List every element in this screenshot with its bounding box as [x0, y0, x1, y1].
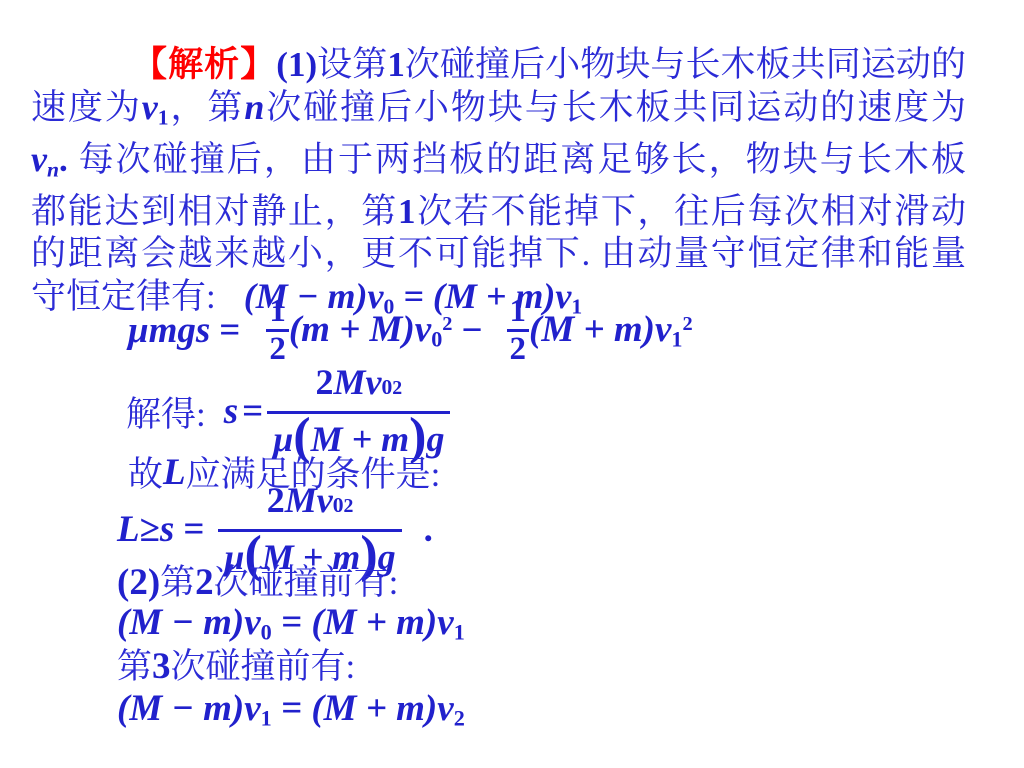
text-run: 每次碰撞后，由于两挡板的距离足够长，物块与长木板 — [79, 140, 966, 179]
equation-subscript: 1 — [671, 327, 682, 352]
text-run: 第 — [117, 647, 152, 686]
coefficient: 2 — [316, 361, 334, 403]
variable-M: M — [285, 479, 317, 521]
one-half-fraction: 12 — [266, 294, 289, 367]
equation-term: (M + m)v12 — [529, 308, 693, 353]
text-run: 次碰撞后小物块与长木板共同运动的速度为 — [264, 88, 966, 127]
equation-run: (M − m)v — [117, 688, 261, 729]
paragraph-line-3: vn. 每次碰撞后，由于两挡板的距离足够长，物块与长木板 — [31, 138, 966, 190]
variable-s: s — [160, 508, 174, 551]
text-run: 都能达到相对静止，第 — [31, 192, 398, 231]
fraction-numerator: 1 — [507, 294, 530, 332]
variable-letter: v — [142, 87, 158, 127]
equals-sign: = — [219, 309, 240, 352]
big-fraction-numerator: 2Mv02 — [251, 479, 370, 529]
variable-s: s — [224, 390, 238, 433]
inline-number: 2 — [195, 562, 214, 603]
part2-line-3: 第3次碰撞前有: — [117, 645, 355, 688]
solve-label: 解得: — [126, 387, 206, 437]
text-run: 的距离会越来越小，更不可能掉下. 由动量守恒定律和能量 — [31, 234, 966, 273]
period: . — [424, 508, 433, 551]
superscript: 2 — [343, 485, 353, 527]
variable-letter: v — [31, 139, 47, 179]
text-run: 次碰撞前有: — [214, 563, 399, 602]
part2-line-1: (2)第2次碰撞前有: — [117, 561, 398, 604]
paragraph-line-1: 【解析】(1)设第1次碰撞后小物块与长木板共同运动的 — [31, 44, 966, 86]
fraction-numerator: 1 — [266, 294, 289, 332]
text-run: 次碰撞前有: — [171, 647, 356, 686]
inline-number: 3 — [152, 646, 171, 687]
paragraph-line-4: 都能达到相对静止，第1次若不能掉下，往后每次相对滑动 — [31, 191, 966, 233]
one-half-fraction: 12 — [507, 294, 530, 367]
equation-run: (m + M)v — [289, 309, 431, 350]
paragraph-line-2: 速度为v1，第n次碰撞后小物块与长木板共同运动的速度为 — [31, 86, 966, 138]
analysis-paragraph: 【解析】(1)设第1次碰撞后小物块与长木板共同运动的 速度为v1，第n次碰撞后小… — [31, 44, 966, 327]
momentum-equation-3: (M − m)v1 = (M + m)v2 — [117, 687, 465, 740]
variable-v: v — [317, 479, 333, 521]
equation-subscript: 2 — [454, 706, 465, 731]
text-run: ，第 — [169, 88, 245, 127]
equation-run: = (M + m)v — [272, 688, 454, 729]
variable-vn: vn — [31, 139, 59, 179]
paragraph-line-5: 的距离会越来越小，更不可能掉下. 由动量守恒定律和能量 — [31, 233, 966, 275]
equation-term: (m + M)v02 — [289, 308, 453, 353]
analysis-tag: 【解析】 — [132, 45, 276, 84]
equation-subscript: 0 — [431, 327, 442, 352]
energy-equation: μmgs = 12 (m + M)v02 − 12 (M + m)v12 — [128, 294, 693, 367]
variable-v1: v1 — [142, 87, 169, 127]
subscript: 0 — [382, 366, 393, 408]
equation-run: (M + m)v — [529, 309, 671, 350]
subscript: 0 — [333, 484, 344, 526]
equation-run: (M − m)v — [117, 602, 261, 643]
text-run: 第 — [160, 563, 195, 602]
coefficient: 2 — [267, 479, 285, 521]
big-fraction-numerator: 2Mv02 — [300, 361, 419, 411]
variable-v: v — [366, 361, 382, 403]
greater-equal-sign: ≥ — [140, 508, 160, 551]
equation-superscript: 2 — [442, 313, 452, 335]
solution-slide: 【解析】(1)设第1次碰撞后小物块与长木板共同运动的 速度为v1，第n次碰撞后小… — [0, 0, 1024, 768]
inline-number: 1 — [398, 192, 416, 231]
text-run: 速度为 — [31, 88, 142, 127]
variable-n: n — [244, 87, 264, 127]
part2-label: (2) — [117, 562, 160, 603]
equation-superscript: 2 — [682, 313, 692, 335]
variable-subscript: 1 — [158, 105, 169, 129]
minus-sign: − — [461, 309, 482, 352]
superscript: 2 — [392, 367, 402, 409]
equals-sign: = — [242, 390, 263, 433]
fraction-denominator: 2 — [510, 332, 527, 367]
text-run: 次若不能掉下，往后每次相对滑动 — [416, 192, 966, 231]
inline-number: 1 — [387, 45, 405, 84]
equation-subscript: 0 — [261, 620, 272, 645]
equation-subscript: 1 — [261, 706, 272, 731]
variable-L: L — [117, 508, 140, 551]
variable-subscript: n — [47, 158, 59, 182]
period: . — [59, 140, 68, 179]
equation-lhs: μmgs — [128, 309, 210, 352]
equals-sign: = — [183, 508, 204, 551]
text-run: 次碰撞后小物块与长木板共同运动的 — [405, 45, 966, 84]
equation-run: = (M + m)v — [272, 602, 454, 643]
variable-M: M — [334, 361, 366, 403]
equation-subscript: 1 — [454, 620, 465, 645]
part1-label: (1) — [276, 45, 317, 84]
text-run: 设第 — [317, 45, 387, 84]
